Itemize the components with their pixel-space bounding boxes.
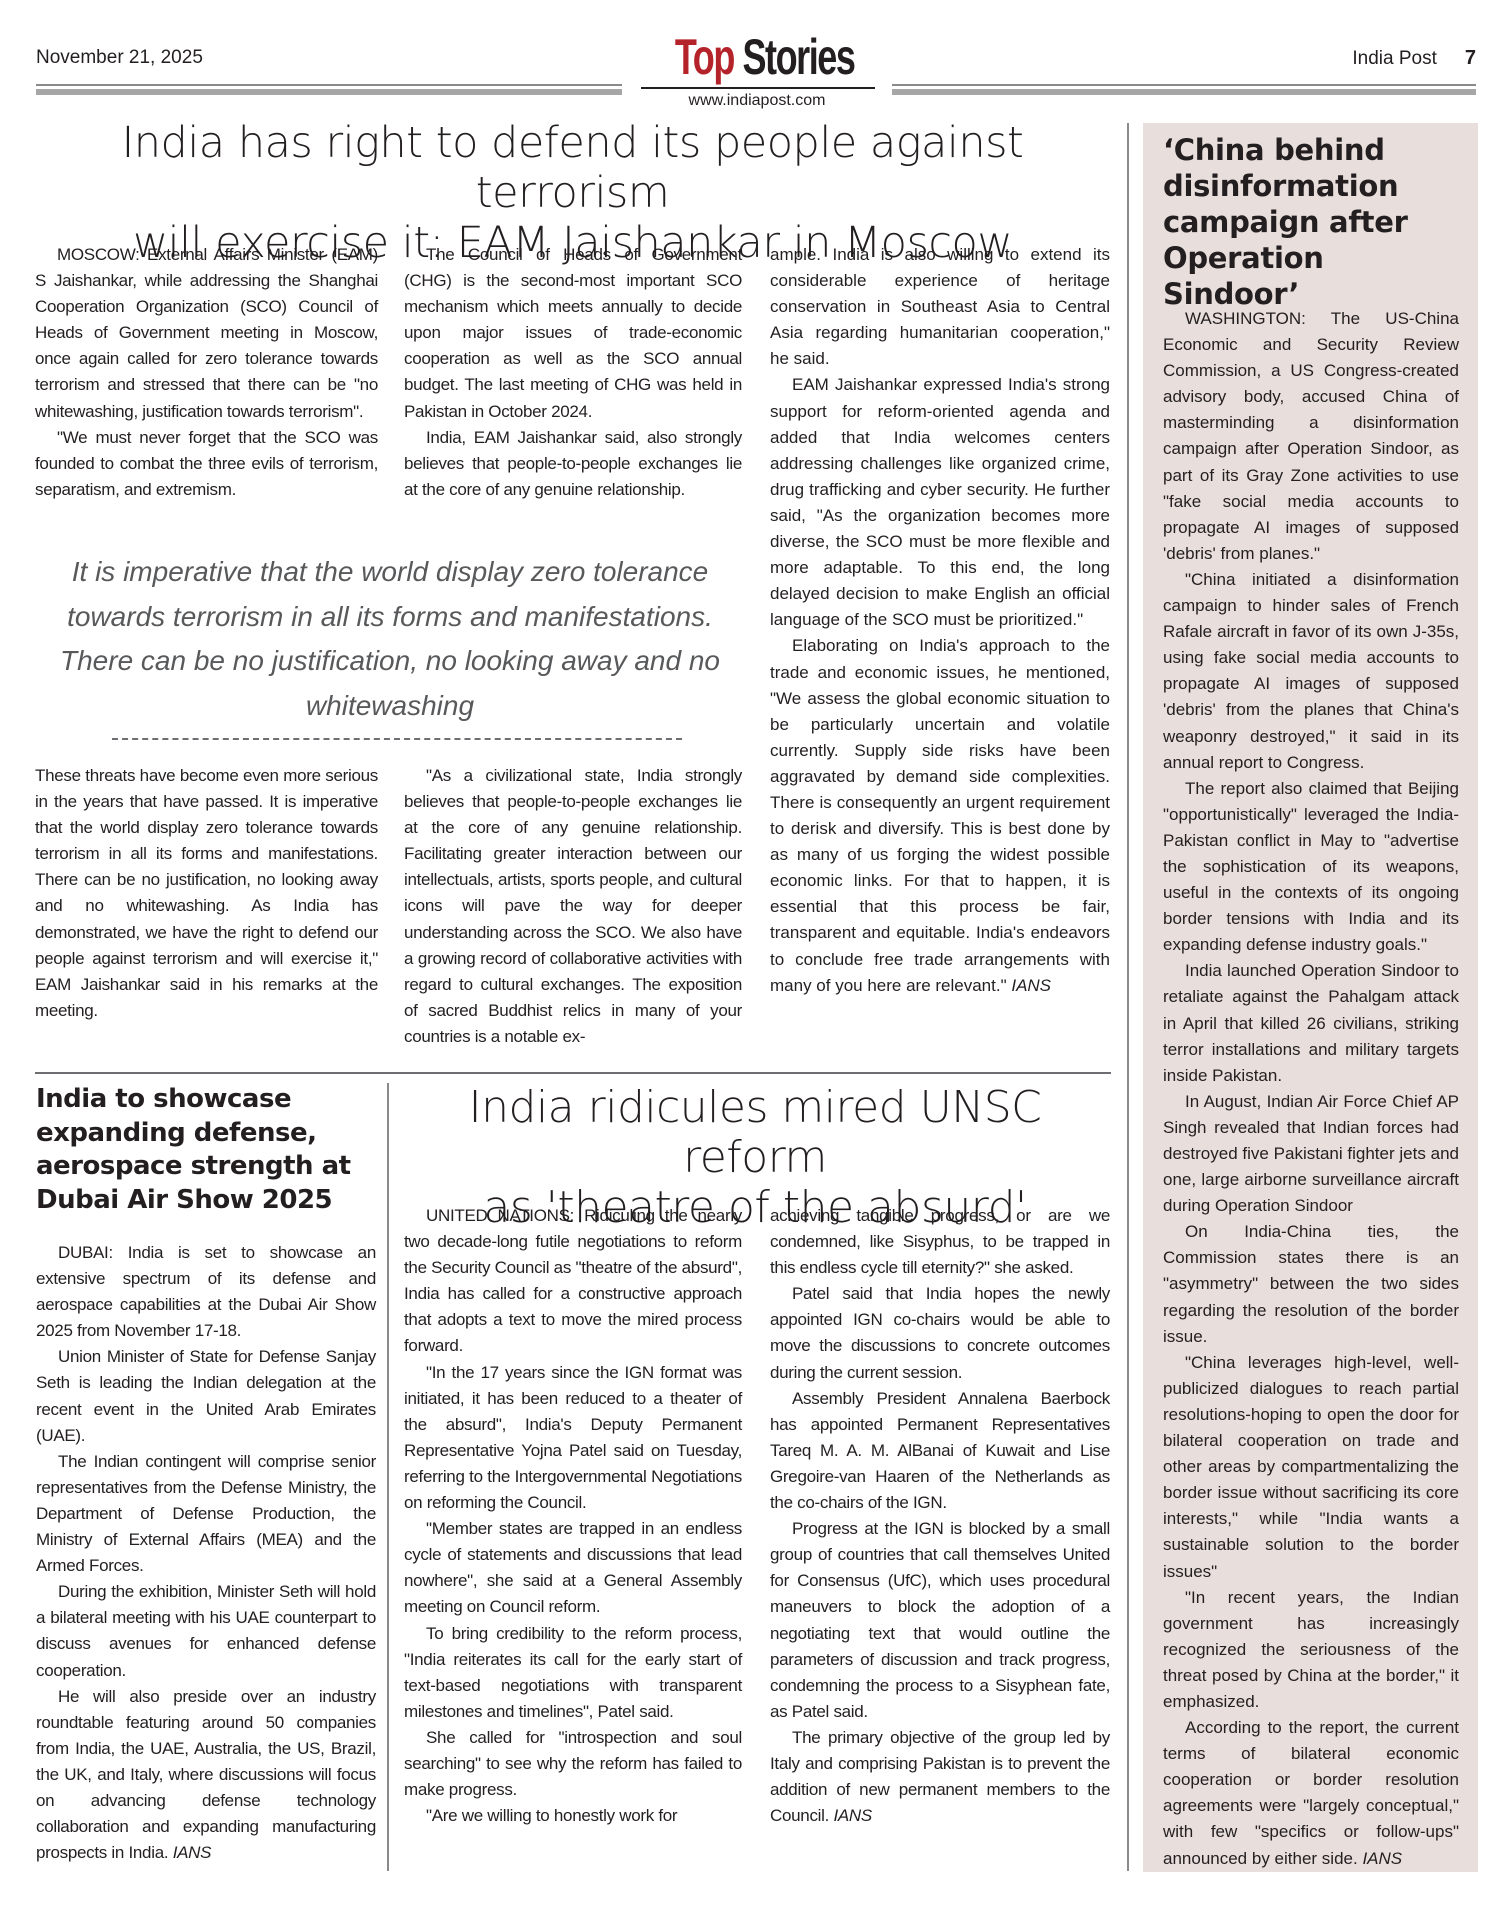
header-rule-right-thin <box>892 84 1476 86</box>
paragraph: UNITED NATIONS: Ridiculing the nearly tw… <box>404 1203 742 1360</box>
paragraph-text: Elaborating on India's approach to the t… <box>770 636 1110 994</box>
paragraph: "In the 17 years since the IGN format wa… <box>404 1360 742 1517</box>
paragraph: The primary objective of the group led b… <box>770 1725 1110 1829</box>
paragraph: "We must never forget that the SCO was f… <box>35 425 378 503</box>
logo-word-stories: Stories <box>742 29 854 85</box>
unsc-col1: UNITED NATIONS: Ridiculing the nearly tw… <box>404 1203 742 1829</box>
news-agency-credit: IANS <box>833 1806 871 1825</box>
paragraph: During the exhibition, Minister Seth wil… <box>36 1579 376 1683</box>
paragraph: ample. India is also willing to extend i… <box>770 242 1110 372</box>
paragraph: On India-China ties, the Commission stat… <box>1163 1219 1459 1349</box>
paragraph: Assembly President Annalena Baerbock has… <box>770 1386 1110 1516</box>
sidebar-headline: ‘China behind disinformation campaign af… <box>1163 132 1463 312</box>
header-rule-right-thick <box>892 89 1476 95</box>
unsc-headline-line-1: India ridicules mired UNSC reform <box>395 1083 1115 1183</box>
paragraph: The Indian contingent will comprise seni… <box>36 1449 376 1579</box>
news-agency-credit: IANS <box>1011 976 1051 995</box>
website-url[interactable]: www.indiapost.com <box>640 92 874 110</box>
lead-col2-bottom: "As a civilizational state, India strong… <box>404 763 742 1050</box>
paragraph: EAM Jaishankar expressed India's strong … <box>770 372 1110 633</box>
logo-word-top: Top <box>675 29 734 85</box>
dubai-body: DUBAI: India is set to showcase an exten… <box>36 1240 376 1866</box>
paragraph-text: According to the report, the current ter… <box>1163 1718 1459 1867</box>
paragraph-text: He will also preside over an industry ro… <box>36 1687 376 1863</box>
unsc-col2: achieving tangible progress, or are we c… <box>770 1203 1110 1829</box>
lead-col3: ample. India is also willing to extend i… <box>770 242 1110 999</box>
paragraph: Progress at the IGN is blocked by a smal… <box>770 1516 1110 1725</box>
lead-col1-bottom: These threats have become even more seri… <box>35 763 378 1024</box>
paragraph: "In recent years, the Indian government … <box>1163 1585 1459 1715</box>
paragraph: Elaborating on India's approach to the t… <box>770 633 1110 998</box>
paragraph: "Are we willing to honestly work for <box>404 1803 742 1829</box>
paragraph: The report also claimed that Beijing "op… <box>1163 776 1459 959</box>
logo-underline <box>641 87 875 89</box>
paragraph: The Council of Heads of Government (CHG)… <box>404 242 742 425</box>
lead-headline-line-1: India has right to defend its people aga… <box>35 118 1110 218</box>
header-rule-left-thick <box>36 89 622 95</box>
lead-col2-top: The Council of Heads of Government (CHG)… <box>404 242 742 503</box>
paragraph: Union Minister of State for Defense Sanj… <box>36 1344 376 1448</box>
pull-quote: It is imperative that the world display … <box>40 550 740 728</box>
paragraph: "Member states are trapped in an endless… <box>404 1516 742 1620</box>
paragraph: India launched Operation Sindoor to reta… <box>1163 958 1459 1088</box>
page-number: 7 <box>1465 47 1476 70</box>
paragraph: These threats have become even more seri… <box>35 763 378 1024</box>
paragraph: According to the report, the current ter… <box>1163 1715 1459 1872</box>
paragraph-text: The primary objective of the group led b… <box>770 1728 1110 1825</box>
sidebar-body: WASHINGTON: The US-China Economic and Se… <box>1163 306 1459 1872</box>
paragraph: She called for "introspection and soul s… <box>404 1725 742 1803</box>
publication-name: India Post <box>1352 48 1437 70</box>
paragraph: MOSCOW: External Affairs Minister (EAM) … <box>35 242 378 425</box>
header-rule-left-thin <box>36 84 622 86</box>
sidebar-column-divider <box>1127 123 1129 1871</box>
paragraph: WASHINGTON: The US-China Economic and Se… <box>1163 306 1459 567</box>
story-divider <box>35 1072 1111 1074</box>
dubai-headline: India to showcase expanding defense, aer… <box>36 1083 366 1217</box>
pull-quote-dashed-rule <box>112 738 682 740</box>
paragraph: "China initiated a disinformation campai… <box>1163 567 1459 776</box>
paragraph: He will also preside over an industry ro… <box>36 1684 376 1867</box>
paragraph: DUBAI: India is set to showcase an exten… <box>36 1240 376 1344</box>
issue-date: November 21, 2025 <box>36 47 203 69</box>
paragraph: "As a civilizational state, India strong… <box>404 763 742 1050</box>
dubai-unsc-divider <box>387 1083 389 1871</box>
paragraph: India, EAM Jaishankar said, also strongl… <box>404 425 742 503</box>
paragraph: Patel said that India hopes the newly ap… <box>770 1281 1110 1385</box>
section-logo: Top Stories <box>640 30 874 84</box>
news-agency-credit: IANS <box>173 1843 211 1862</box>
paragraph: To bring credibility to the reform proce… <box>404 1621 742 1725</box>
paragraph: In August, Indian Air Force Chief AP Sin… <box>1163 1089 1459 1219</box>
lead-col1-top: MOSCOW: External Affairs Minister (EAM) … <box>35 242 378 503</box>
paragraph: "China leverages high-level, well-public… <box>1163 1350 1459 1585</box>
paragraph: achieving tangible progress, or are we c… <box>770 1203 1110 1281</box>
publication-info: India Post 7 <box>1352 47 1476 70</box>
news-agency-credit: IANS <box>1362 1849 1402 1868</box>
